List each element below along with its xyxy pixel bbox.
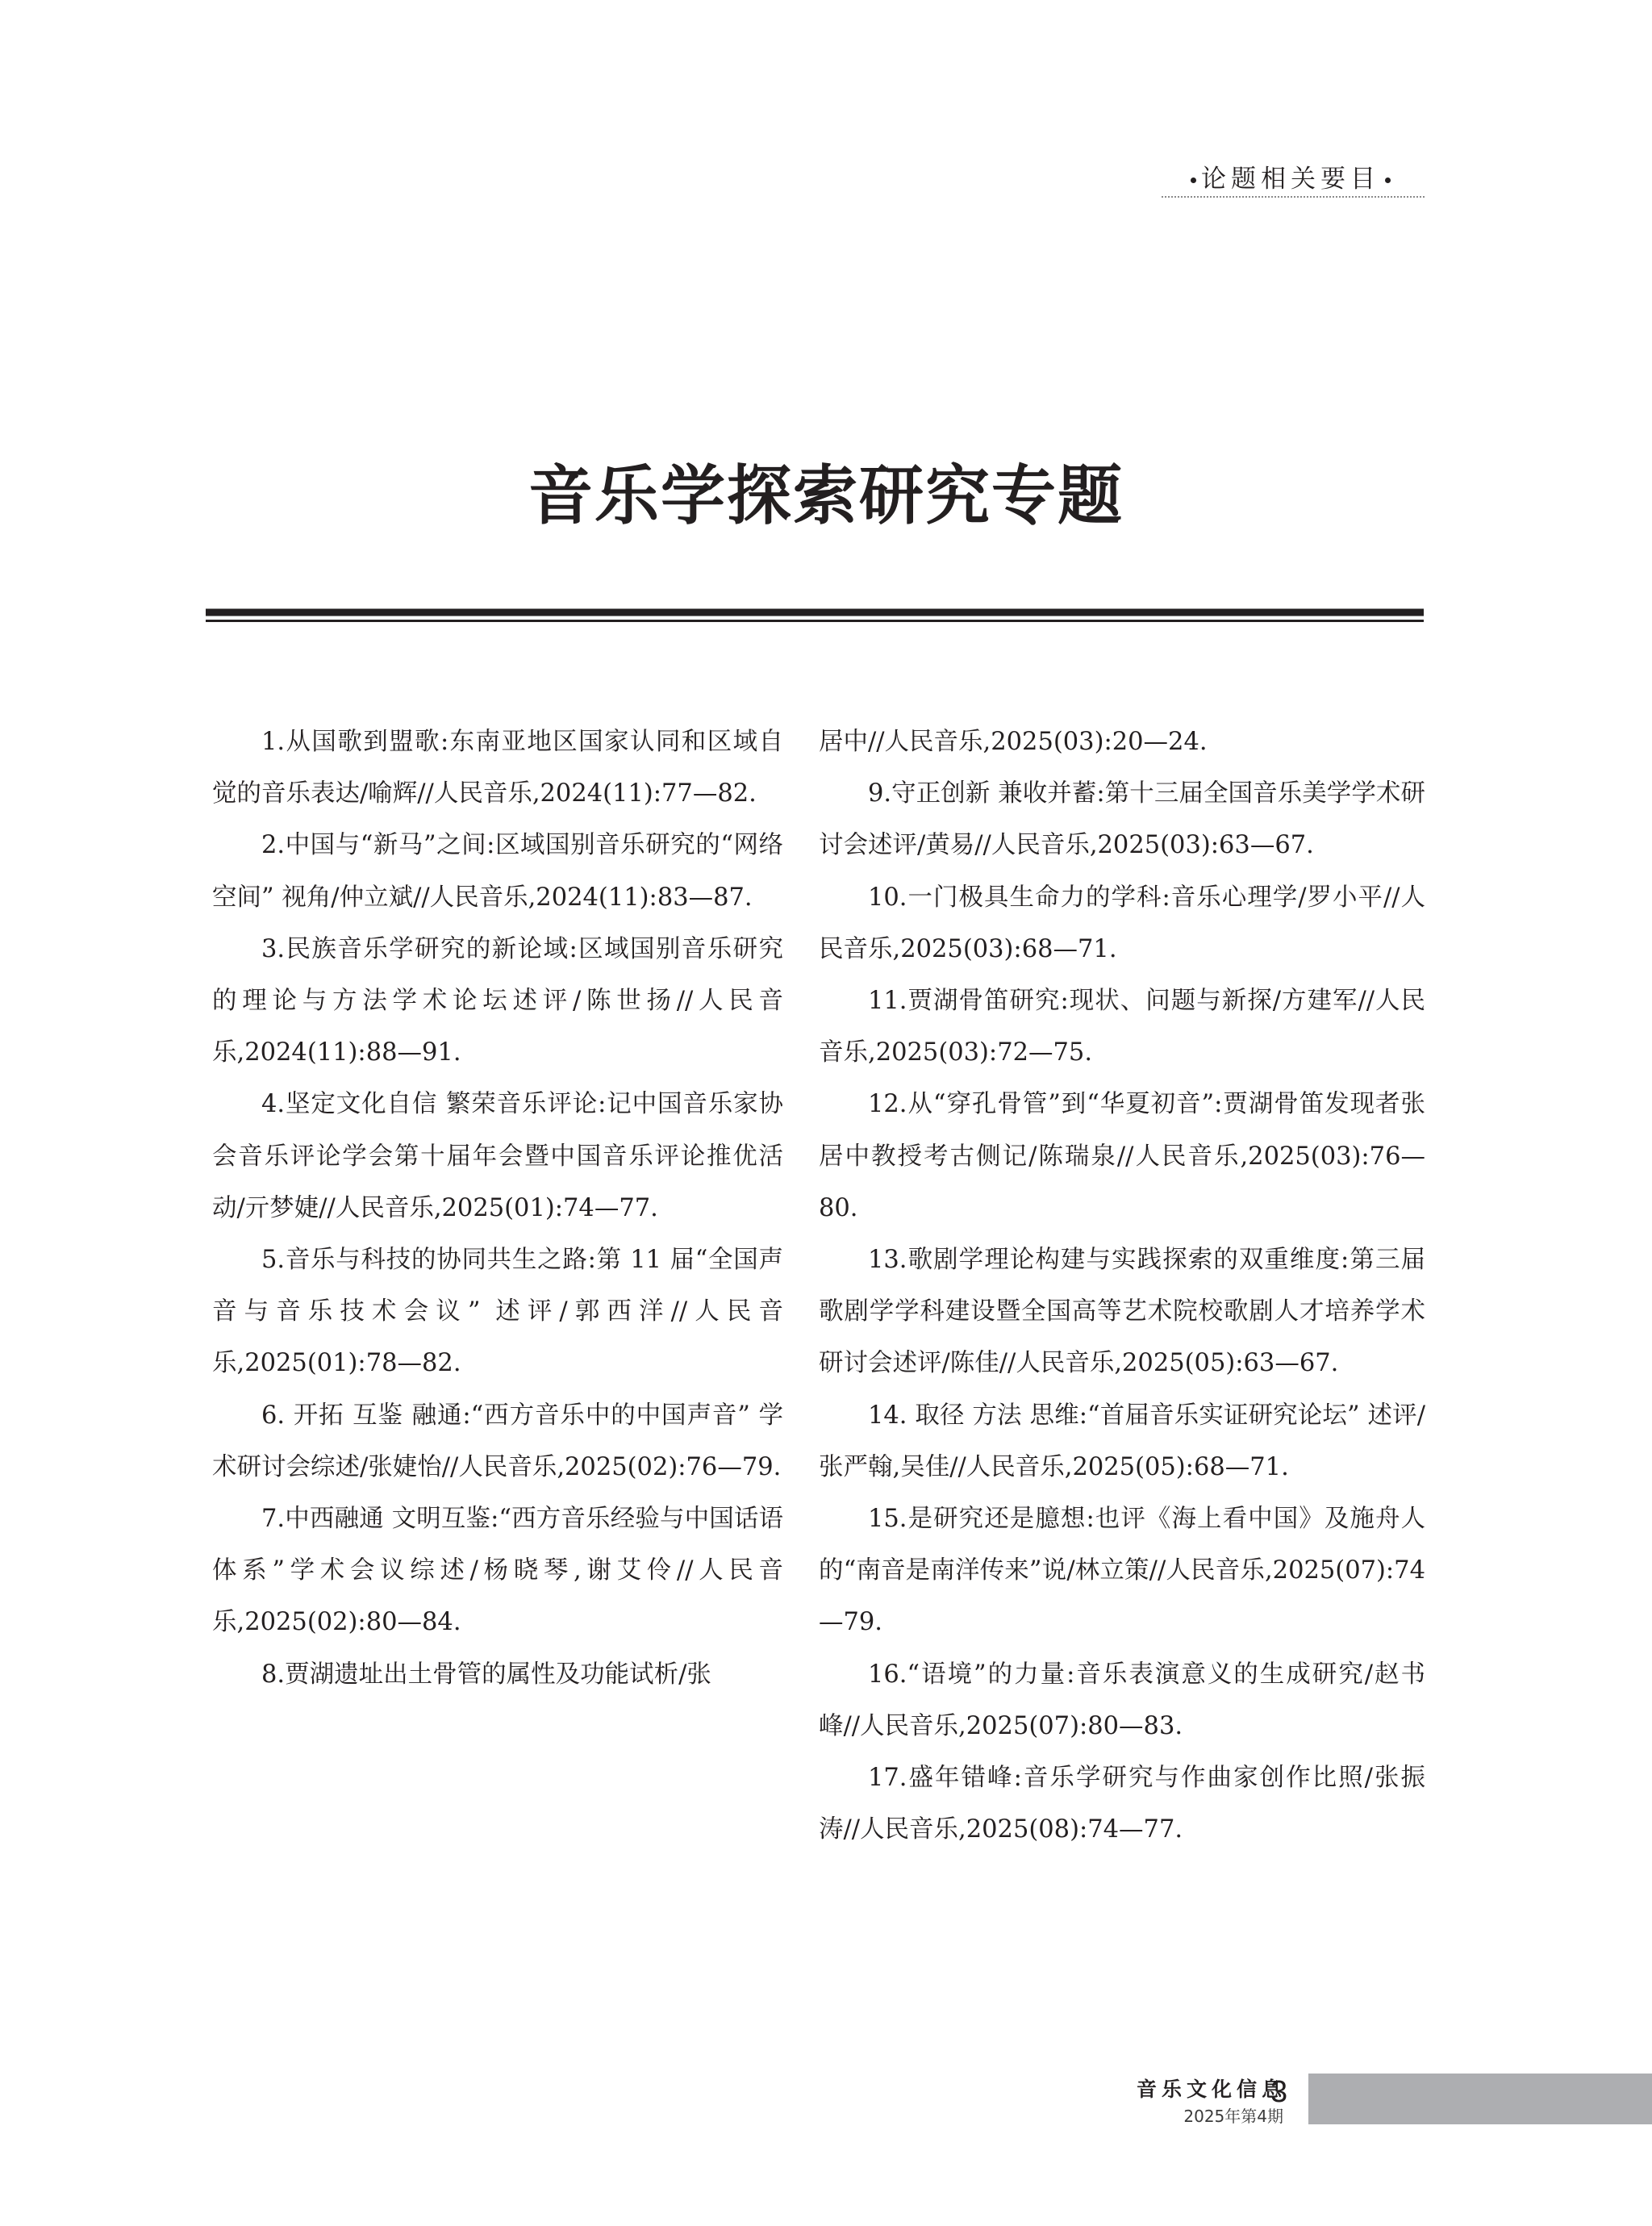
footer-issue: 2025年第4期 xyxy=(1125,2103,1283,2127)
page-title: 音乐学探索研究专题 xyxy=(0,451,1652,540)
reference-entry: 2.中国与“新马”之间:区域国别音乐研究的“网络空间” 视角/仲立斌//人民音乐… xyxy=(212,820,783,923)
footer-journal-name: 音乐文化信息 xyxy=(1125,2074,1287,2103)
reference-entry: 4.坚定文化自信 繁荣音乐评论:记中国音乐家协会音乐评论学会第十届年会暨中国音乐… xyxy=(212,1079,783,1234)
reference-entry: 17.盛年错峰:音乐学研究与作曲家创作比照/张振涛//人民音乐,2025(08)… xyxy=(819,1752,1425,1856)
title-rule-thick xyxy=(206,608,1424,616)
section-tag: 论题相关要目 xyxy=(1153,158,1428,200)
section-tag-underline xyxy=(1162,196,1425,198)
reference-column-right: 居中//人民音乐,2025(03):20—24. 9.守正创新 兼收并蓄:第十三… xyxy=(819,716,1425,1856)
bullet-dot-icon xyxy=(1191,177,1196,183)
reference-entry: 7.中西融通 文明互鉴:“西方音乐经验与中国话语体系”学术会议综述/杨晓琴,谢艾… xyxy=(212,1493,783,1649)
reference-entry: 11.贾湖骨笛研究:现状、问题与新探/方建军//人民音乐,2025(03):72… xyxy=(819,975,1425,1079)
reference-entry: 16.“语境”的力量:音乐表演意义的生成研究/赵书峰//人民音乐,2025(07… xyxy=(819,1649,1425,1752)
title-rule-thin xyxy=(206,620,1424,622)
reference-entry: 1.从国歌到盟歌:东南亚地区国家认同和区域自觉的音乐表达/喻辉//人民音乐,20… xyxy=(212,716,783,820)
bullet-dot-icon xyxy=(1385,177,1391,183)
reference-entry: 3.民族音乐学研究的新论域:区域国别音乐研究的理论与方法学术论坛述评/陈世扬//… xyxy=(212,924,783,1080)
reference-entry: 5.音乐与科技的协同共生之路:第 11 届“全国声音与音乐技术会议” 述评/郭西… xyxy=(212,1234,783,1390)
reference-entry: 6. 开拓 互鉴 融通:“西方音乐中的中国声音” 学术研讨会综述/张婕怡//人民… xyxy=(212,1390,783,1493)
reference-entry: 12.从“穿孔骨管”到“华夏初音”:贾湖骨笛发现者张居中教授考古侧记/陈瑞泉//… xyxy=(819,1079,1425,1234)
footer-color-bar xyxy=(1308,2074,1652,2124)
reference-entry: 14. 取径 方法 思维:“首届音乐实证研究论坛” 述评/张严翰,吴佳//人民音… xyxy=(819,1390,1425,1493)
reference-entry: 13.歌剧学理论构建与实践探索的双重维度:第三届歌剧学学科建设暨全国高等艺术院校… xyxy=(819,1234,1425,1390)
section-tag-text: 论题相关要目 xyxy=(1201,158,1380,194)
reference-entry: 10.一门极具生命力的学科:音乐心理学/罗小平//人民音乐,2025(03):6… xyxy=(819,872,1425,975)
reference-entry-continued: 居中//人民音乐,2025(03):20—24. xyxy=(819,716,1425,768)
reference-entry: 8.贾湖遗址出土骨管的属性及功能试析/张 xyxy=(212,1649,783,1701)
reference-entry: 9.守正创新 兼收并蓄:第十三届全国音乐美学学术研讨会述评/黄易//人民音乐,2… xyxy=(819,768,1425,871)
page-number: 3 xyxy=(1270,2075,1287,2110)
reference-column-left: 1.从国歌到盟歌:东南亚地区国家认同和区域自觉的音乐表达/喻辉//人民音乐,20… xyxy=(212,716,783,1701)
reference-entry: 15.是研究还是臆想:也评《海上看中国》及施舟人的“南音是南洋传来”说/林立策/… xyxy=(819,1493,1425,1649)
